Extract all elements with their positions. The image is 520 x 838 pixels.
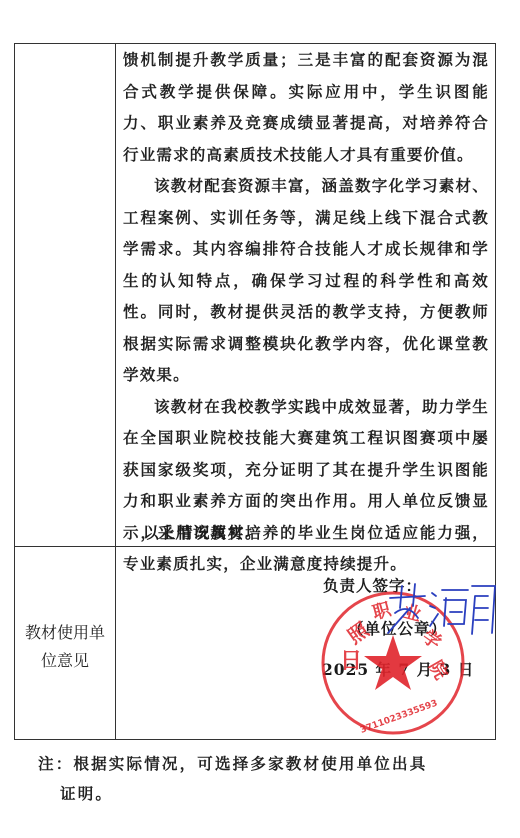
- label-line-1: 教材使用单: [15, 619, 115, 647]
- paragraph-1: 馈机制提升教学质量；三是丰富的配套资源为混合式教学提供保障。实际应用中，学生识图…: [123, 44, 489, 170]
- svg-text:日: 日: [340, 649, 362, 674]
- paragraph-2: 该教材配套资源丰富，涵盖数字化学习素材、工程案例、实训任务等，满足线上线下混合式…: [123, 170, 489, 391]
- star-icon: [364, 635, 422, 690]
- footnote: 注：根据实际情况，可选择多家教材使用单位出具 证明。: [38, 749, 427, 809]
- handwritten-signature: [380, 578, 500, 638]
- svg-text:院: 院: [424, 657, 452, 684]
- confirmation-text: 以上情况属实。: [143, 521, 262, 543]
- svg-text:3711023335593: 3711023335593: [359, 699, 439, 736]
- column-divider: [115, 44, 116, 739]
- opinion-row-label: 教材使用单 位意见: [15, 619, 115, 675]
- paragraph-3: 该教材在我校教学实践中成效显著，助力学生在全国职业院校技能大赛建筑工程识图赛项中…: [123, 391, 489, 580]
- svg-text:照: 照: [343, 617, 374, 649]
- footnote-line-1: 注：根据实际情况，可选择多家教材使用单位出具: [38, 749, 427, 779]
- footnote-line-2: 证明。: [38, 779, 427, 809]
- evaluation-text: 馈机制提升教学质量；三是丰富的配套资源为混合式教学提供保障。实际应用中，学生识图…: [123, 44, 489, 580]
- label-line-2: 位意见: [15, 647, 115, 675]
